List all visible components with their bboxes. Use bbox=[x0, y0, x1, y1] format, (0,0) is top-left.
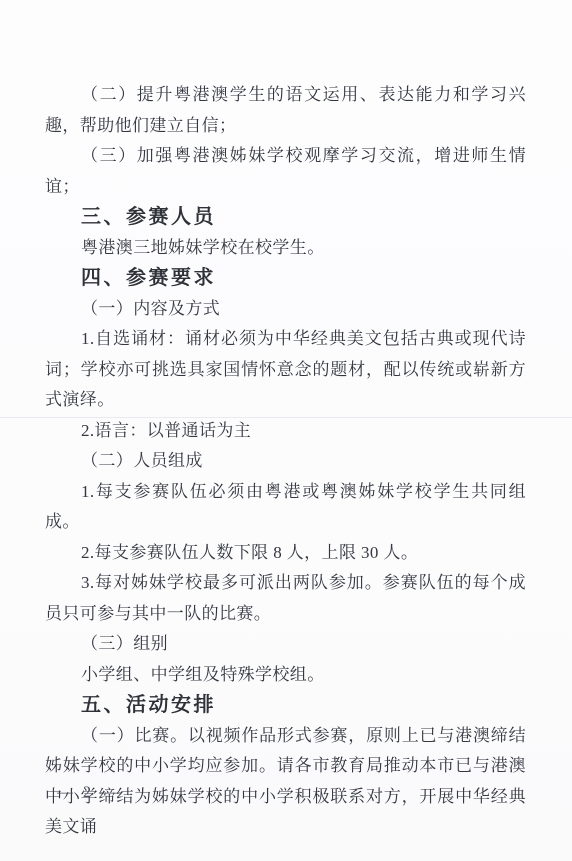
document-body: （二）提升粤港澳学生的语文运用、表达能力和学习兴趣，帮助他们建立自信；（三）加强… bbox=[45, 80, 526, 843]
paragraph: （二）人员组成 bbox=[45, 446, 526, 477]
paragraph: 2.每支参赛队伍人数下限 8 人，上限 30 人。 bbox=[45, 538, 526, 569]
paragraph: （一）比赛。以视频作品形式参赛，原则上已与港澳缔结姊妹学校的中小学均应参加。请各… bbox=[45, 721, 526, 843]
section-heading: 五、活动安排 bbox=[45, 690, 526, 721]
paragraph: 2.语言：以普通话为主 bbox=[45, 416, 526, 447]
document-page: （二）提升粤港澳学生的语文运用、表达能力和学习兴趣，帮助他们建立自信；（三）加强… bbox=[0, 0, 572, 861]
scan-crease-line bbox=[0, 417, 572, 418]
paragraph: （三）加强粤港澳姊妹学校观摩学习交流，增进师生情谊； bbox=[45, 141, 526, 202]
paragraph: 1.每支参赛队伍必须由粤港或粤澳姊妹学校学生共同组成。 bbox=[45, 477, 526, 538]
paragraph: （一）内容及方式 bbox=[45, 294, 526, 325]
paragraph: 3.每对姊妹学校最多可派出两队参加。参赛队伍的每个成员只可参与其中一队的比赛。 bbox=[45, 568, 526, 629]
page-number: — 2 — bbox=[57, 784, 120, 802]
paragraph: （三）组别 bbox=[45, 629, 526, 660]
paragraph: 粤港澳三地姊妹学校在校学生。 bbox=[45, 233, 526, 264]
section-heading: 三、参赛人员 bbox=[45, 202, 526, 233]
paragraph: 1.自选诵材：诵材必须为中华经典美文包括古典或现代诗词；学校亦可挑选具家国情怀意… bbox=[45, 324, 526, 416]
section-heading: 四、参赛要求 bbox=[45, 263, 526, 294]
paragraph: （二）提升粤港澳学生的语文运用、表达能力和学习兴趣，帮助他们建立自信； bbox=[45, 80, 526, 141]
paragraph: 小学组、中学组及特殊学校组。 bbox=[45, 660, 526, 691]
